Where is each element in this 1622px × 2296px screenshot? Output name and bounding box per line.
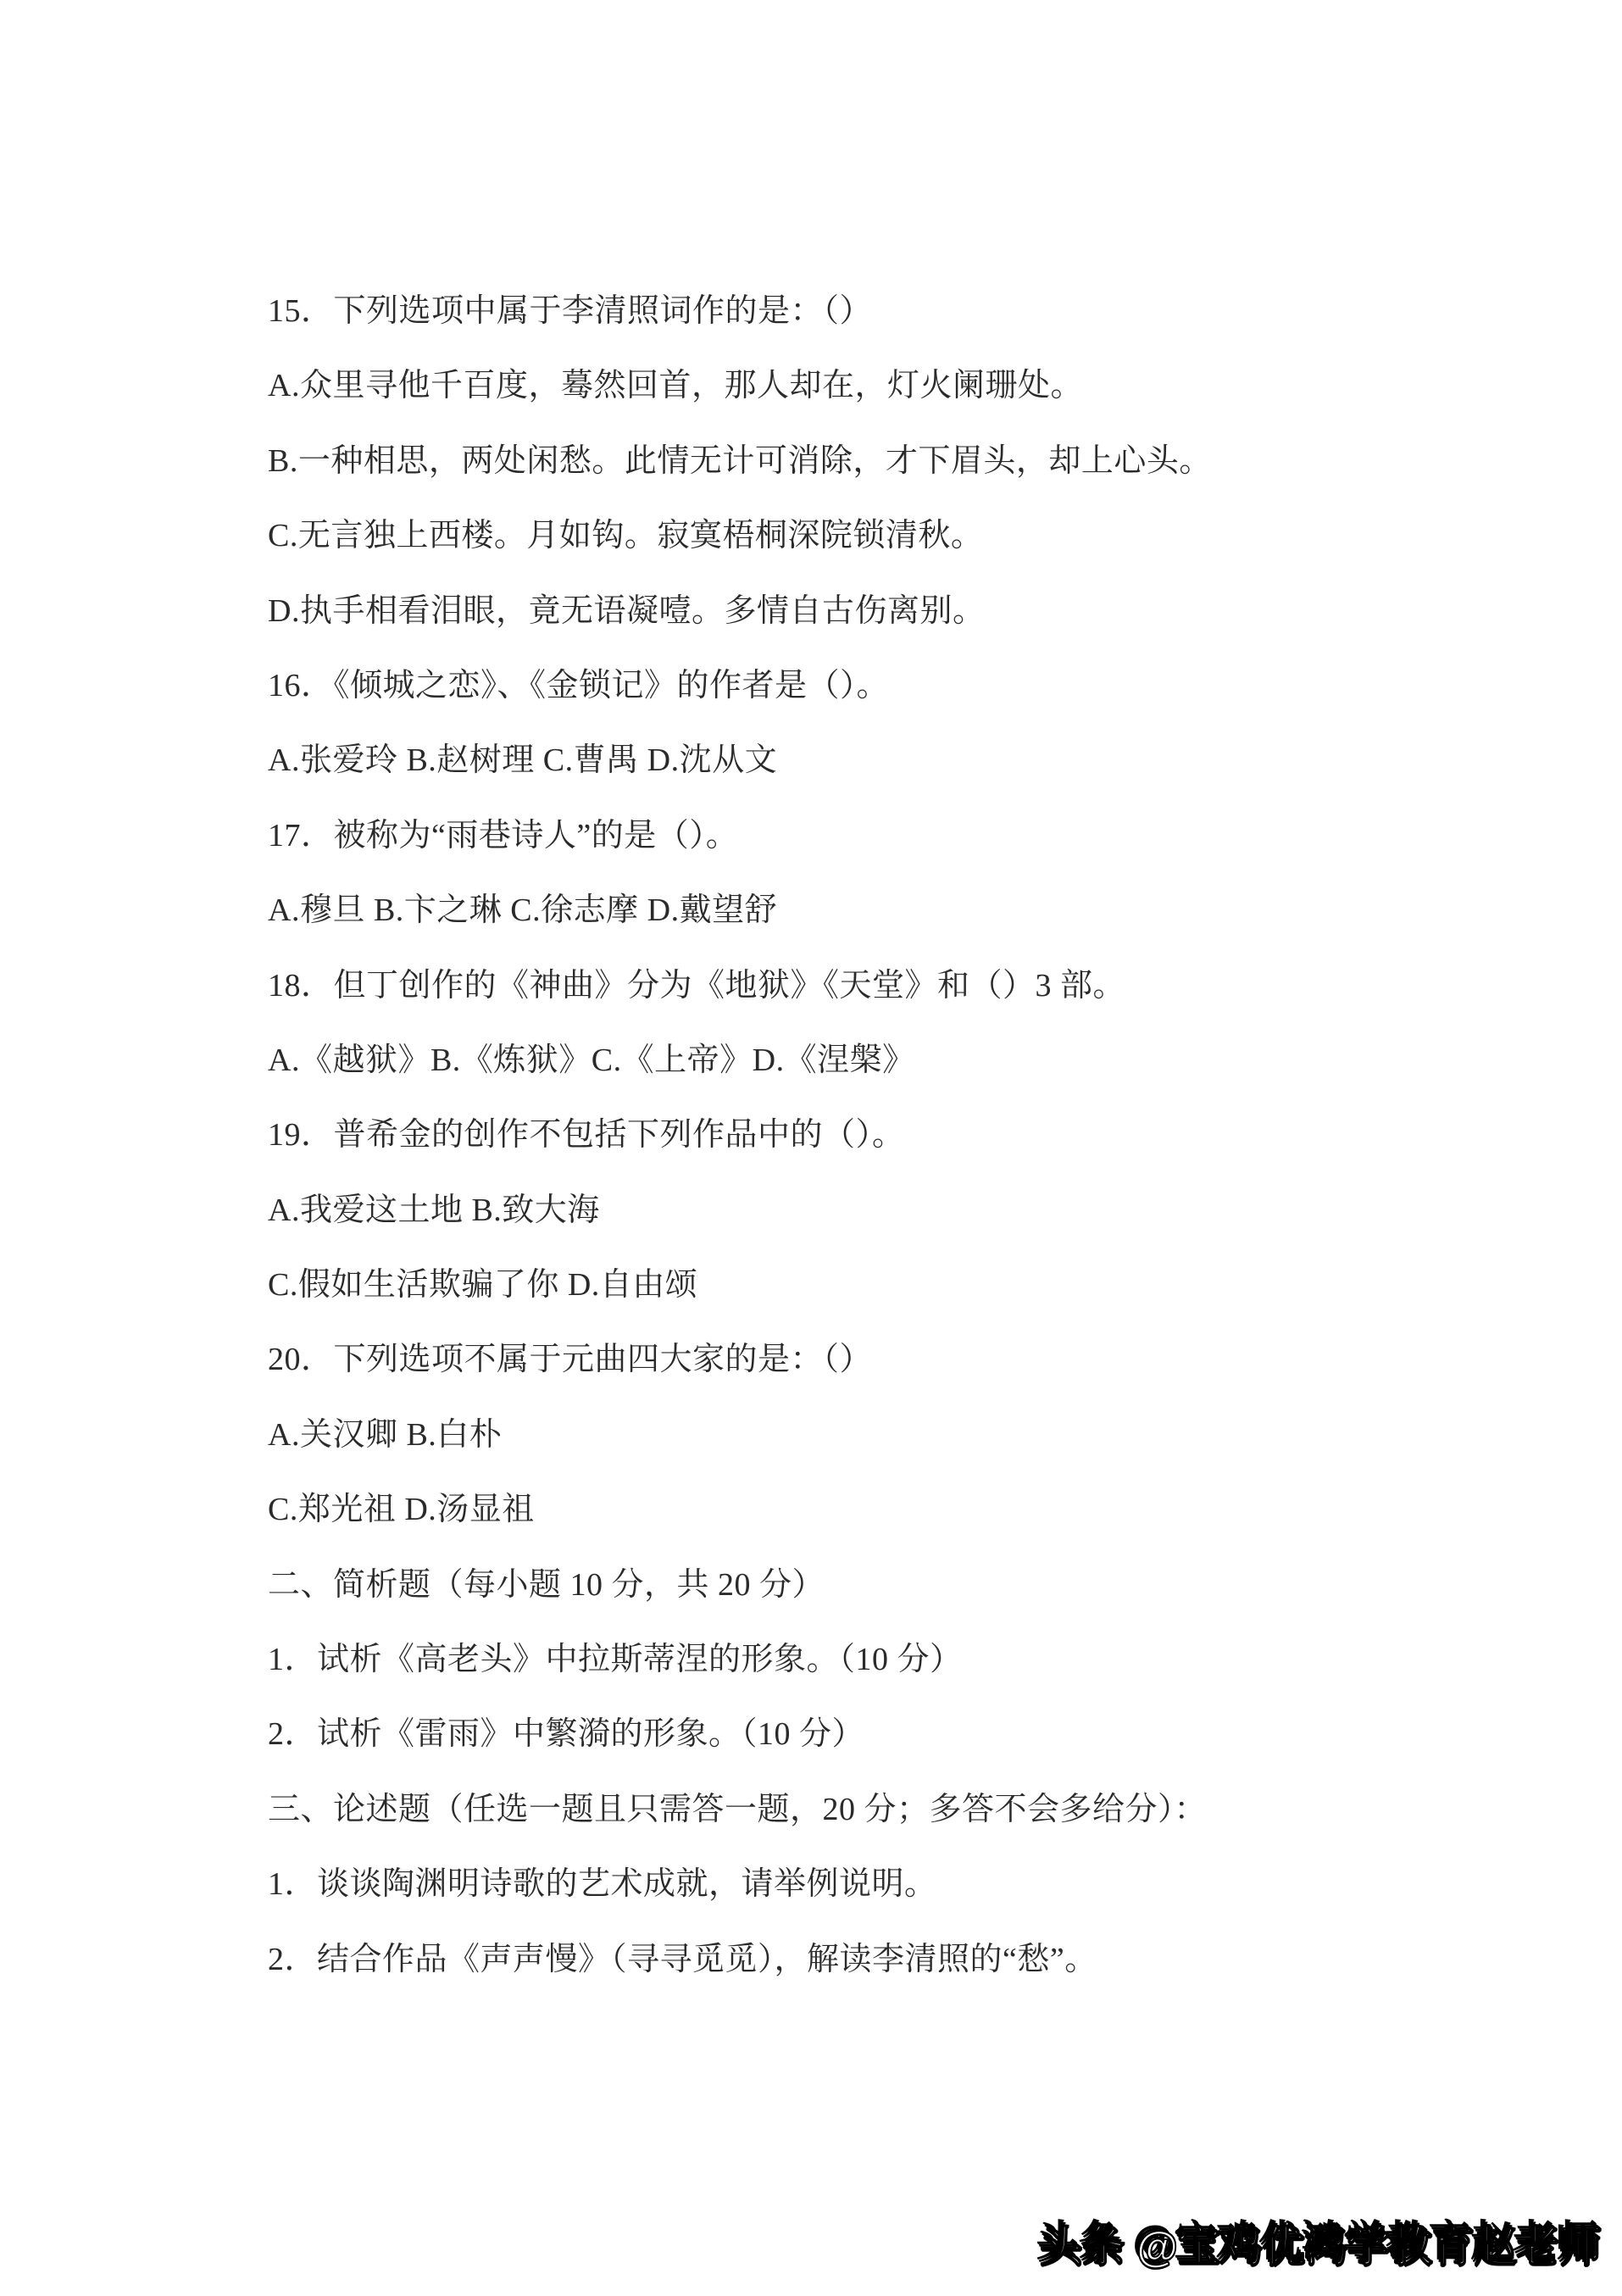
exam-text-line: 三、论述题（任选一题且只需答一题，20 分；多答不会多给分）： (268, 1772, 1571, 1847)
exam-text-line: 15．下列选项中属于李清照词作的是：（） (268, 274, 1571, 348)
exam-text-line: C.无言独上西楼。月如钩。寂寞梧桐深院锁清秋。 (268, 498, 1571, 573)
exam-text-line: 18．但丁创作的《神曲》分为《地狱》《天堂》和（）3 部。 (268, 948, 1571, 1023)
exam-text-line: 2．试析《雷雨》中繁漪的形象。（10 分） (268, 1697, 1571, 1771)
exam-text-line: A.《越狱》B.《炼狱》C.《上帝》D.《涅槃》 (268, 1023, 1571, 1098)
exam-text-line: C.假如生活欺骗了你 D.自由颂 (268, 1248, 1571, 1322)
exam-text-line: 19．普希金的创作不包括下列作品中的（）。 (268, 1098, 1571, 1172)
exam-text-line: A.张爱玲 B.赵树理 C.曹禺 D.沈从文 (268, 723, 1571, 798)
exam-text-line: 17．被称为“雨巷诗人”的是（）。 (268, 798, 1571, 873)
exam-text-block: 15．下列选项中属于李清照词作的是：（）A.众里寻他千百度，蓦然回首，那人却在，… (268, 274, 1571, 1997)
exam-text-line: A.穆旦 B.卞之琳 C.徐志摩 D.戴望舒 (268, 873, 1571, 948)
exam-text-line: A.我爱这土地 B.致大海 (268, 1173, 1571, 1248)
exam-text-line: C.郑光祖 D.汤显祖 (268, 1472, 1571, 1547)
exam-text-line: 1．谈谈陶渊明诗歌的艺术成就，请举例说明。 (268, 1847, 1571, 1921)
exam-text-line: A.众里寻他千百度，蓦然回首，那人却在，灯火阑珊处。 (268, 348, 1571, 423)
exam-text-line: 20．下列选项不属于元曲四大家的是：（） (268, 1322, 1571, 1397)
exam-text-line: A.关汉卿 B.白朴 (268, 1398, 1571, 1472)
exam-document-page: 15．下列选项中属于李清照词作的是：（）A.众里寻他千百度，蓦然回首，那人却在，… (0, 0, 1622, 2296)
exam-text-line: 1．试析《高老头》中拉斯蒂涅的形象。（10 分） (268, 1622, 1571, 1697)
exam-text-line: B.一种相思，两处闲愁。此情无计可消除，才下眉头，却上心头。 (268, 424, 1571, 498)
exam-text-line: 2．结合作品《声声慢》（寻寻觅觅），解读李清照的“愁”。 (268, 1922, 1571, 1997)
toutiao-watermark: 头条 @宝鸡优鸿学教育赵老师 (1040, 2213, 1602, 2274)
exam-text-line: D.执手相看泪眼，竟无语凝噎。多情自古伤离别。 (268, 574, 1571, 648)
exam-text-line: 二、简析题（每小题 10 分，共 20 分） (268, 1548, 1571, 1622)
exam-text-line: 16．《倾城之恋》、《金锁记》的作者是（）。 (268, 648, 1571, 723)
